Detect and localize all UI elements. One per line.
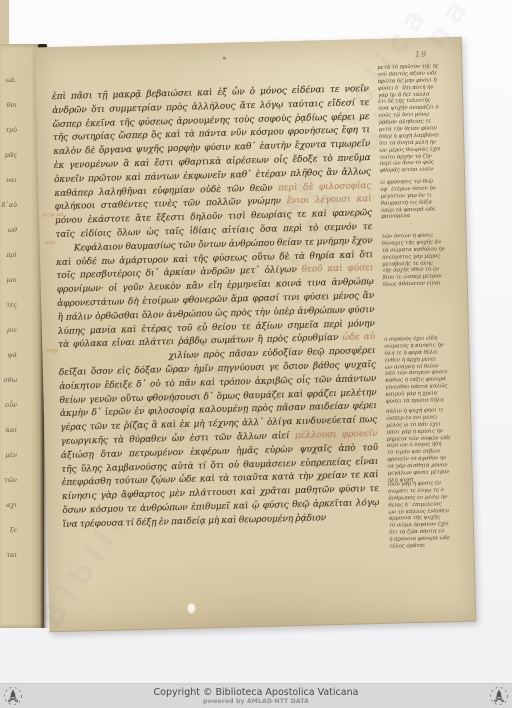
facing-page-top-sliver (0, 0, 9, 50)
text-line: ται (0, 543, 17, 568)
text-line: μέν (0, 443, 17, 468)
text-line: ωλ. (0, 68, 17, 93)
rubric-ink-text: ὧδε αὖ (338, 332, 375, 343)
text-line: μοι (0, 268, 17, 293)
text-line: ωθ (0, 218, 17, 243)
manuscript-page: Biblioteca Apostolica Vaticana Bibliotec… (35, 37, 477, 633)
rubric-ink-text: ἔνιοι λέγουσι καὶ (281, 194, 372, 206)
rubric-ink-text: περὶ δὲ φιλοσοφίας (272, 181, 371, 193)
marginal-note-block: μετὰ τὸ πρῶτον τῆς ἧςτοῦ παντὸς ἀξίαν ὧδ… (377, 63, 462, 175)
vatican-emblem-icon (486, 685, 512, 707)
footer-text: Copyright © Biblioteca Apostolica Vatica… (26, 687, 486, 706)
text-line: ψά (0, 343, 17, 368)
text-line: μᾶς (0, 143, 17, 168)
text-line: σθω (0, 368, 17, 393)
margin-rubric-gloss: κεφ μα (43, 211, 64, 219)
text-line: φύσει τὰ πρῶτα δῆλα (386, 397, 468, 406)
text-line: ξε (0, 518, 17, 543)
ink-speck (223, 57, 226, 60)
marginal-note-block: τῶν ὄντων ἡ φύσιςδύναμις τῆς ψυχῆς ἄντὰ … (381, 232, 464, 289)
scan-background: ωλ.θνιτρύμᾶςναιδ᾽αὐωθπρὶμοιτέςριεψάσθωοὖ… (0, 0, 512, 708)
main-text-block: ἐπὶ πᾶσι τῇ μακρᾷ βεβαιώσει καὶ ἐξ ὧν ὁ … (52, 83, 380, 532)
text-line: δ᾽αὐ (0, 193, 17, 218)
copyright-text: Copyright © Biblioteca Apostolica Vatica… (26, 687, 486, 698)
text-line: φαινόμενα (381, 212, 463, 221)
text-line: πρὶ (0, 243, 17, 268)
text-line: τές (0, 293, 17, 318)
marginal-note-block: εἰ φρόνησις τῷ θεῷἐφ᾽ ἑτέρων ὅσιον ἦνμέγ… (380, 178, 463, 221)
text-line: τέλος ὁρᾶται (389, 542, 471, 551)
text-line: αχι (0, 493, 17, 518)
marginal-note-block: πάλιν ἡ ψυχὴ φησί τιὥσπερ ἐν ἑνὶ μένειμέ… (386, 407, 470, 485)
text-line: τρύ (0, 118, 17, 143)
text-line: ριε (0, 318, 17, 343)
margin-rubric-gloss: σημ (46, 347, 58, 354)
text-line: θνι (0, 93, 17, 118)
rubric-ink-text: μέλλουσι φρονεῖν (289, 429, 377, 441)
folio-number: 19 (415, 50, 427, 59)
margin-rubric-gloss: καὶ (46, 239, 57, 246)
vatican-emblem-icon (0, 685, 26, 707)
viewer-footer-bar: Copyright © Biblioteca Apostolica Vatica… (0, 683, 512, 708)
powered-by-text: powered by AMLAD·NTT DATA (26, 698, 486, 706)
text-line: ναι (0, 168, 17, 193)
paper-flaw-spot (188, 604, 195, 613)
rubric-ink-text: θεοῦ καὶ φύσει (297, 263, 374, 275)
text-line: οὖν (0, 393, 17, 418)
text-line: φθορᾶς αἰτίαι εἰσὶν (380, 166, 462, 175)
text-line: τῶν (0, 468, 17, 493)
marginal-note-block: ἰδοὺ γὰρ ἡ φύσις ἓνσώματι τε λόγῳ τε ὁἄν… (388, 480, 472, 551)
marginal-note-block: ὁ οὐρανὸς ἔχει εἴδησώματος ἡ κίνησις ἦνὅ… (384, 335, 468, 406)
text-line: καί (0, 418, 17, 443)
